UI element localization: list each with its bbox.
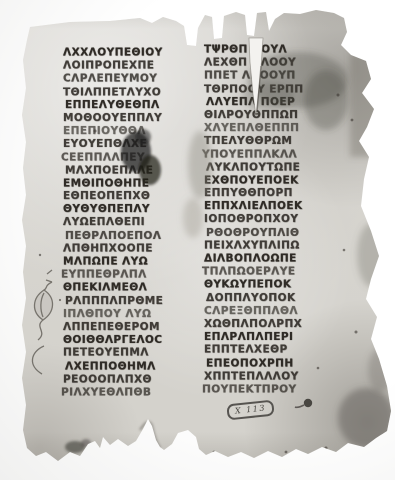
stain-right-edge <box>338 52 394 448</box>
manuscript-text-line: ΡΕΟΟΟΠΛΠΧΘ <box>63 373 201 386</box>
manuscript-text-line: ΛΛΥΕΠΛ ΠΟΕΡ <box>206 96 334 109</box>
manuscript-text-line: ΘΥΚΩΥΠΕΠΟΚ <box>204 279 334 292</box>
manuscript-text-line: ΙΟΠΟΘΡΟΠΧΟΥ <box>204 214 334 227</box>
manuscript-text-line: ΤΨΡΘΠ ΠΟΥΛ <box>204 44 334 57</box>
manuscript-text-line: CΛΡΕΞΘΠΠΛΘΛ <box>204 305 334 318</box>
manuscript-text-line: ΕΜΘΙΠΟΘΗΠΕ <box>63 177 201 190</box>
catalog-stamp: X 113 <box>226 400 274 421</box>
manuscript-text-line: ΤΘΙΛΠΠΕΤΛΥΧΟ <box>63 86 201 99</box>
manuscript-text-line: ΡΛΠΠΠΛΠΡΘΜΕ <box>65 295 201 308</box>
manuscript-text-line: ΜΛΧΠΟΕΠΛΛΕ <box>65 164 201 177</box>
manuscript-text-line: ΠΕΘΡΛΠΟΕΠΟΛ <box>65 230 201 243</box>
text-column-right: ΤΨΡΘΠ ΠΟΥΛΛΕΧΘΠ ΠΛΟΟΥΠΠΕΤ ΛΠΟΟΥΠΤΘΡΠΟΟΥ … <box>204 44 334 397</box>
manuscript-text-line: CΛΡΛΕΠΕΥΜΟΥ <box>63 73 201 86</box>
manuscript-text-line: ΛΟΙΠΡΟΠΕΧΠΕ <box>63 60 201 73</box>
ink-drop <box>295 399 312 408</box>
manuscript-text-line: ΜΟΘΟΟΥΕΠΠΛΥ <box>63 112 201 125</box>
manuscript-text-line: ΕΠΠΥΘΘΠΟΡΠ <box>204 187 334 200</box>
manuscript-photo: ΛΧΧΛΟΥΠΕΘΙΟΥΛΟΙΠΡΟΠΕΧΠΕCΛΡΛΕΠΕΥΜΟΥΤΘΙΛΠΠ… <box>0 0 395 480</box>
manuscript-text-line: ΥΠΟΥΕΠΠΛΚΛΛ <box>202 148 334 161</box>
manuscript-text-line: ΧΩΘΠΛΠΟΛΡΠΧ <box>204 318 334 331</box>
manuscript-text-line: ΔΟΠΠΛΥΟΠΟΚ <box>206 292 334 305</box>
manuscript-text-line: ΤΠΛΠΩΟΕΡΛΥΕ <box>202 266 334 279</box>
manuscript-text-line: ΕΥΠΠΕΘΡΛΠΛ <box>61 269 201 282</box>
manuscript-text-line: ΤΘΡΠΟΟΥ ΕΡΠΠ <box>204 83 334 96</box>
manuscript-text-line: ΘΥΘΥΘΠΕΠΛΥ <box>63 203 201 216</box>
manuscript-text-line: ΕΠΛΡΛΠΛΠΕΡΙ <box>204 331 334 344</box>
text-column-left: ΛΧΧΛΟΥΠΕΘΙΟΥΛΟΙΠΡΟΠΕΧΠΕCΛΡΛΕΠΕΥΜΟΥΤΘΙΛΠΠ… <box>63 47 201 400</box>
manuscript-text-line: ΛΧΧΛΟΥΠΕΘΙΟΥ <box>63 47 201 60</box>
manuscript-text-line: ΘΠΕΚΙΛΜΕΘΛ <box>63 282 201 295</box>
catalog-stamp-label: X 113 <box>235 403 267 415</box>
manuscript-leaf: ΛΧΧΛΟΥΠΕΘΙΟΥΛΟΙΠΡΟΠΕΧΠΕCΛΡΛΕΠΕΥΜΟΥΤΘΙΛΠΠ… <box>0 0 395 480</box>
manuscript-text-line: CΕΕΠΠΛΛΠΕΥ <box>61 151 201 164</box>
manuscript-text-line: ΧΛΥΕΠΛΘΕΠΠΠ <box>204 122 334 135</box>
manuscript-text-line: ΛΥΩΕΠΛΘΕΠΙ <box>63 217 201 230</box>
manuscript-text-line: ΕΠΠΕΛΥΘΕΘΠΛ <box>65 99 201 112</box>
manuscript-text-line: ΛΠΘΗΠΧΟΟΠΕ <box>63 243 201 256</box>
manuscript-text-line: ΙΠΛΘΠΟΥ ΛΥΩ <box>63 308 201 321</box>
manuscript-text-line: ΘΙΛΡΟΥΘΠΠΩΠ <box>204 109 334 122</box>
manuscript-text-line: ΛΕΧΘΠ ΠΛΟΟΥ <box>204 57 334 70</box>
manuscript-text-line: ΡΙΛΧΥΕΘΛΠΘΒ <box>61 386 201 399</box>
manuscript-text-line: ΜΛΠΩΠΕ ΛΥΩ <box>63 256 201 269</box>
manuscript-text-line: ΕΧΘΠΟΥΕΠΟΕΚ <box>204 174 334 187</box>
coronis-ornament <box>32 270 52 374</box>
manuscript-text-line: ΕΘΠΕΟΠΕΠΧΘ <box>63 190 201 203</box>
manuscript-text-line: ΕΠΠΧΛΙΕΛΠΟΕΚ <box>204 200 334 213</box>
manuscript-text-line: ΠΠΕΤ ΛΠΟΟΥΠ <box>204 70 334 83</box>
manuscript-text-line: ΠΕΤΕΟΥΕΠΜΛ <box>63 347 201 360</box>
manuscript-text-line: ΠΕΙΧΛΧΥΠΛΙΠΩ <box>204 240 334 253</box>
manuscript-text-line: ΛΠΠΕΠΕΘΕΡΟΜ <box>63 321 201 334</box>
manuscript-text-line: ΕΠΕΠΙΟΥΘΘΛ <box>63 125 201 138</box>
manuscript-text-line: ΛΥΚΛΠΟΥΤΩΠΕ <box>206 161 334 174</box>
manuscript-text-line: ΤΠΕΛΥΘΘΡΩΜ <box>204 135 334 148</box>
manuscript-text-line: ΕΠΠΤΕΛΧΕΘΡ <box>204 344 334 357</box>
manuscript-text-line: ΛΧΕΠΠΟΘΗΜΛ <box>65 360 201 373</box>
manuscript-text-line: ΡΘΟΘΡΟΥΠΛΙΘ <box>206 227 334 240</box>
manuscript-text-line: ΕΥΟΥΕΠΘΛΧΕ <box>63 138 201 151</box>
manuscript-text-line: ΔΙΛΒΟΠΛΟΩΠΕ <box>204 253 334 266</box>
manuscript-text-line: ΕΠΕΟΠΟΧΡΠΗ <box>206 357 334 370</box>
manuscript-text-line: ΘΟΙΘΘΛΡΓΕΛΟC <box>63 334 201 347</box>
manuscript-text-line: ΧΠΠΤΕΠΛΛΛΟΥ <box>204 370 334 383</box>
manuscript-text-line: ΠΟΥΠΕΚΤΠΡΟΥ <box>202 383 334 396</box>
